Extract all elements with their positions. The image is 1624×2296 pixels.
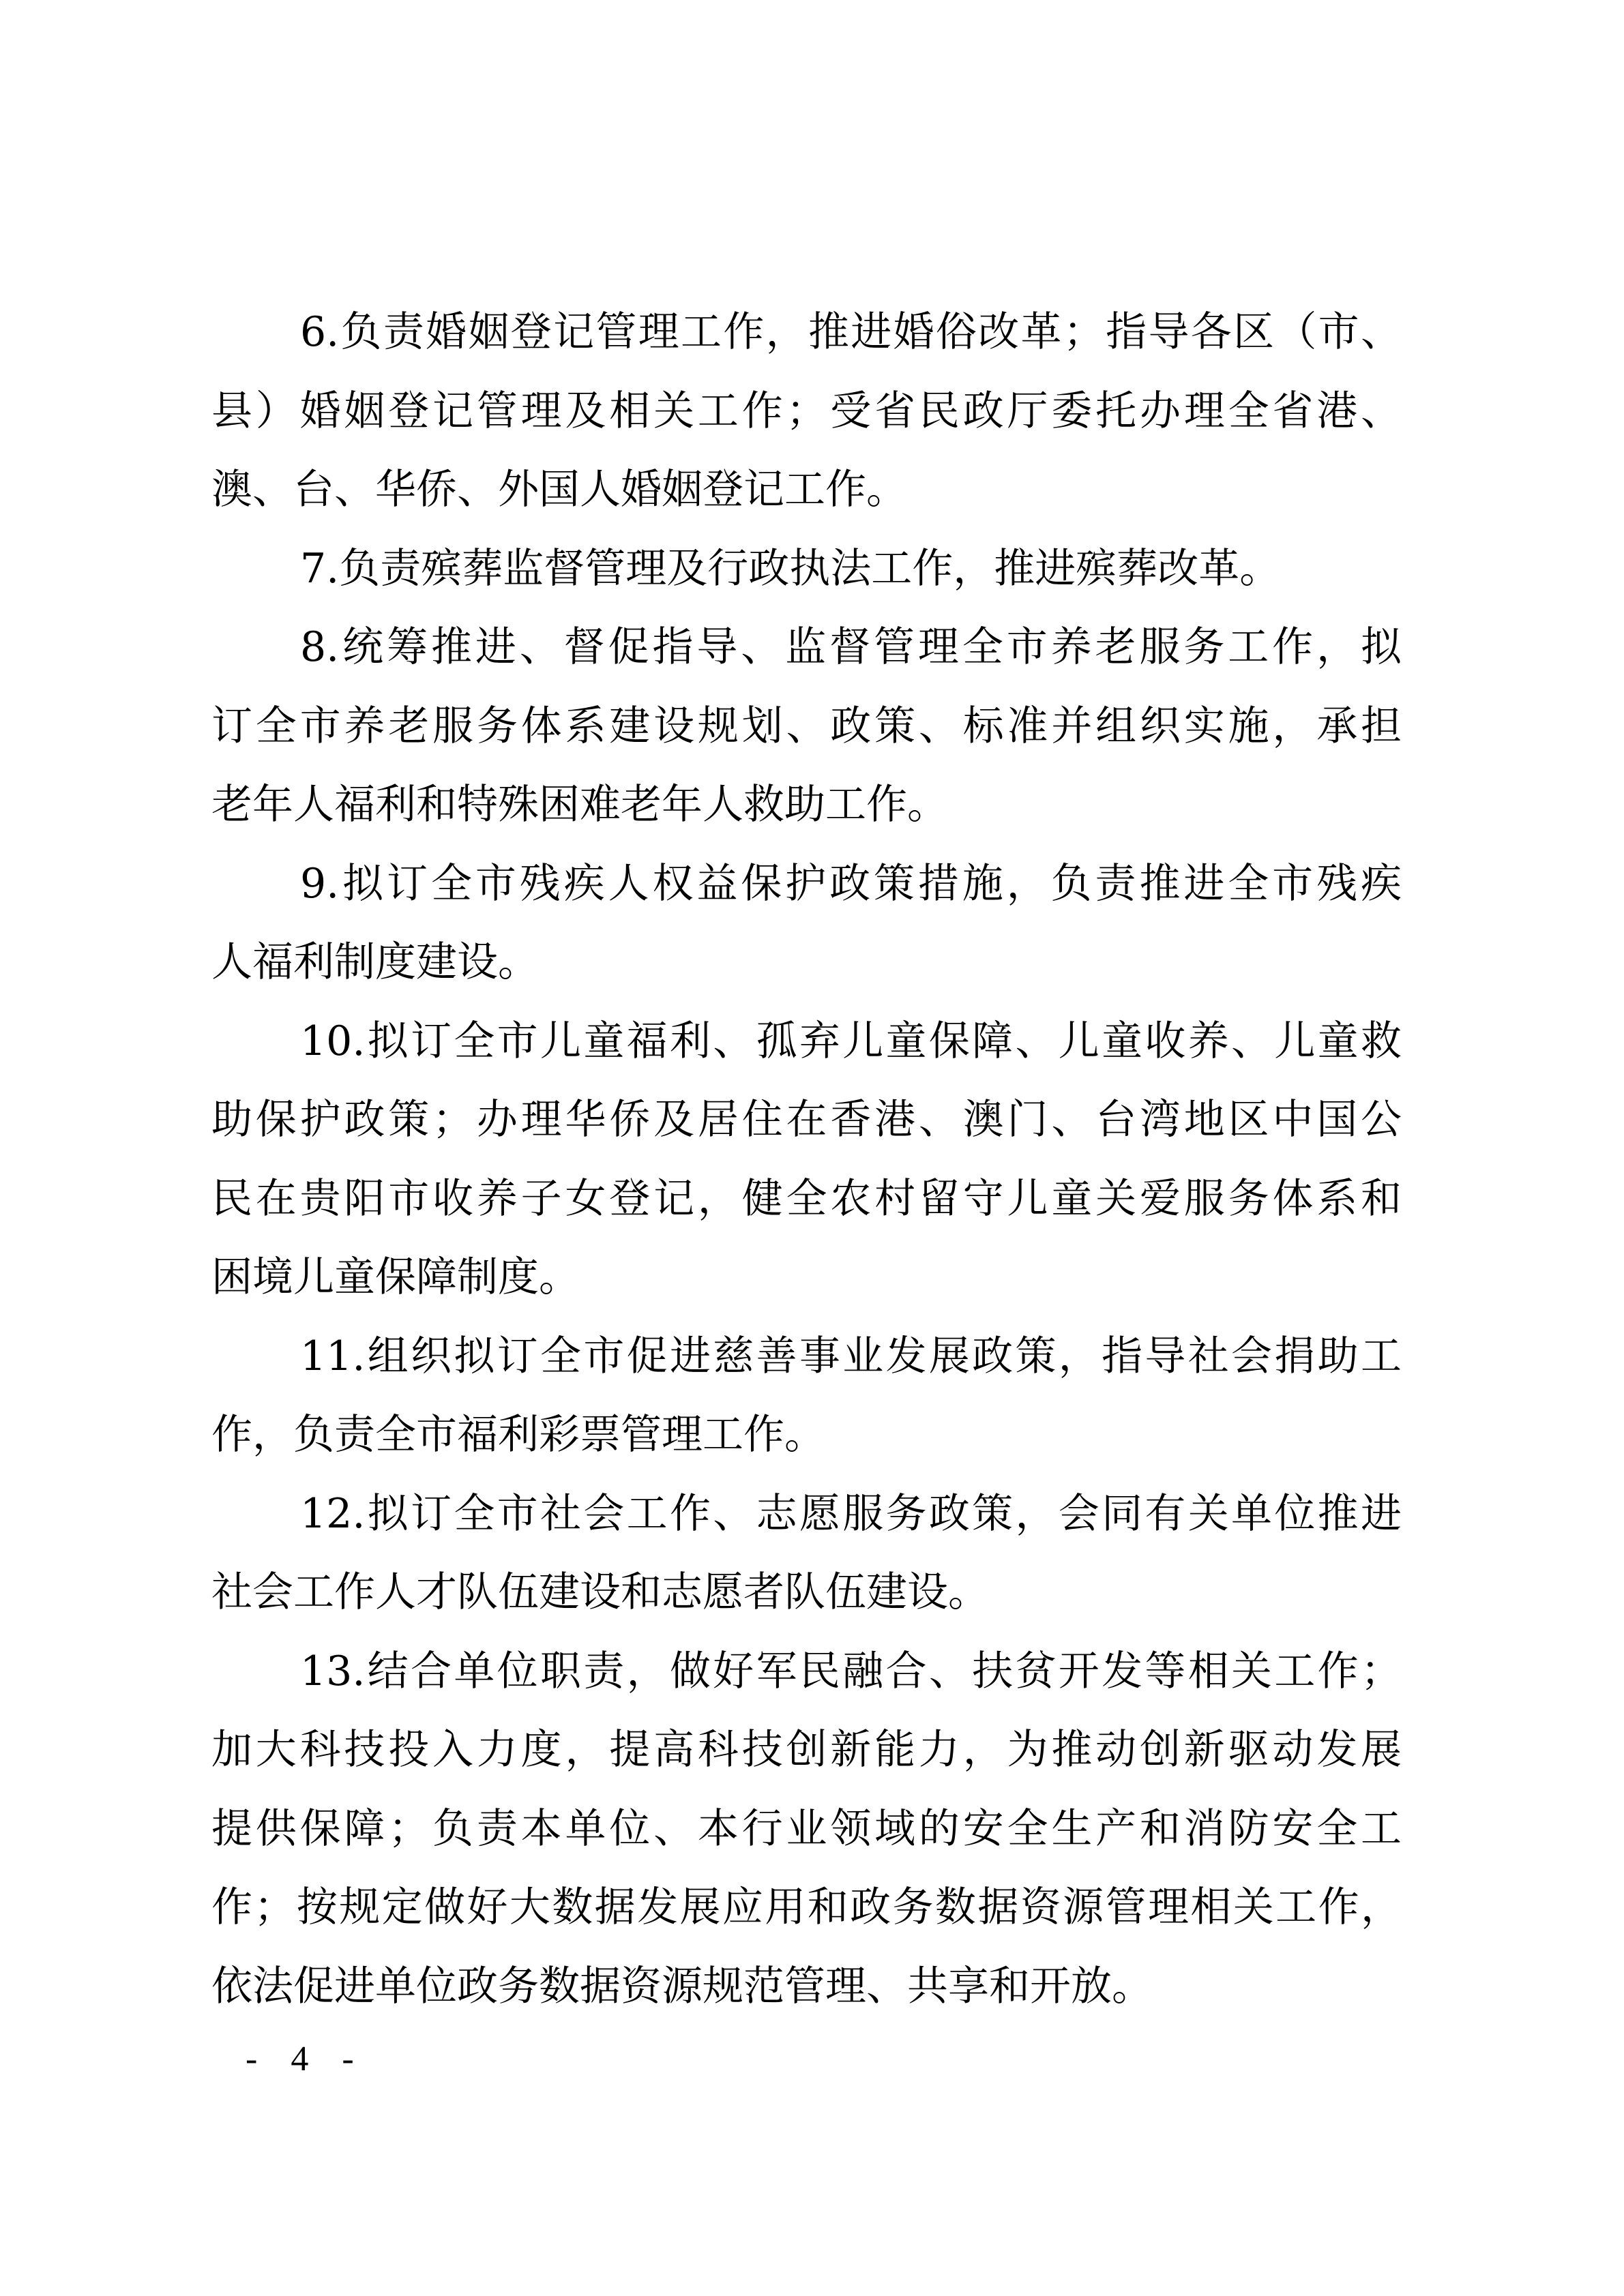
text-line: 澳、台、华侨、外国人婚姻登记工作。: [211, 451, 1402, 530]
document-page: 6.负责婚姻登记管理工作，推进婚俗改革；指导各区（市、 县）婚姻登记管理及相关工…: [0, 0, 1624, 2296]
text-line: 11.组织拟订全市促进慈善事业发展政策，指导社会捐助工: [211, 1317, 1402, 1397]
text-line: 县）婚姻登记管理及相关工作；受省民政厅委托办理全省港、: [211, 372, 1402, 451]
text-line: 10.拟订全市儿童福利、孤弃儿童保障、儿童收养、儿童救: [211, 1002, 1402, 1082]
text-line: 作；按规定做好大数据发展应用和政务数据资源管理相关工作，: [211, 1868, 1402, 1948]
text-line: 9.拟订全市残疾人权益保护政策措施，负责推进全市残疾: [211, 845, 1402, 924]
text-line: 老年人福利和特殊困难老年人救助工作。: [211, 766, 1402, 845]
text-line: 作，负责全市福利彩票管理工作。: [211, 1396, 1402, 1475]
text-line: 13.结合单位职责，做好军民融合、扶贫开发等相关工作；: [211, 1632, 1402, 1712]
text-line: 民在贵阳市收养子女登记，健全农村留守儿童关爱服务体系和: [211, 1160, 1402, 1239]
text-line: 6.负责婚姻登记管理工作，推进婚俗改革；指导各区（市、: [211, 293, 1402, 372]
text-line: 助保护政策；办理华侨及居住在香港、澳门、台湾地区中国公: [211, 1081, 1402, 1160]
text-line: 人福利制度建设。: [211, 923, 1402, 1002]
text-line: 社会工作人才队伍建设和志愿者队伍建设。: [211, 1553, 1402, 1632]
body-text: 6.负责婚姻登记管理工作，推进婚俗改革；指导各区（市、 县）婚姻登记管理及相关工…: [211, 293, 1402, 2026]
text-line: 提供保障；负责本单位、本行业领域的安全生产和消防安全工: [211, 1790, 1402, 1869]
text-line: 订全市养老服务体系建设规划、政策、标准并组织实施，承担: [211, 687, 1402, 766]
text-line: 7.负责殡葬监督管理及行政执法工作，推进殡葬改革。: [211, 530, 1402, 609]
text-line: 8.统筹推进、督促指导、监督管理全市养老服务工作，拟: [211, 608, 1402, 687]
text-line: 加大科技投入力度，提高科技创新能力，为推动创新驱动发展: [211, 1711, 1402, 1790]
text-line: 12.拟订全市社会工作、志愿服务政策，会同有关单位推进: [211, 1475, 1402, 1554]
text-line: 依法促进单位政务数据资源规范管理、共享和开放。: [211, 1948, 1402, 2027]
page-number: - 4 -: [246, 2036, 366, 2083]
text-line: 困境儿童保障制度。: [211, 1238, 1402, 1317]
